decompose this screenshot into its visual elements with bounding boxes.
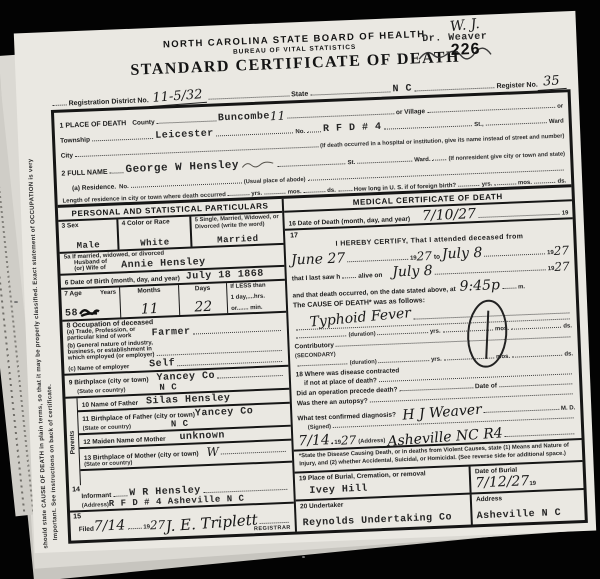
state-label: State (291, 91, 308, 99)
county-value: Buncombe (218, 111, 270, 124)
residence-no-label: No. (119, 184, 129, 190)
dotted-line (534, 182, 556, 184)
attended-from-year: 27 (416, 248, 432, 263)
informant-label: Informant (81, 492, 111, 500)
employer-label: (c) Name of employer (68, 364, 129, 372)
dotted-line (499, 384, 572, 388)
signature-date: 7/14. (298, 432, 335, 449)
date-of-label: Date of (475, 383, 497, 391)
less-than-day-cell: If LESS than 1 day,....hrs. or....... mi… (226, 281, 286, 313)
test-confirmed-label: What test confirmed diagnosis? (297, 411, 396, 422)
undertaker-cell: 20 Undertaker Reynolds Undertaking Co (296, 495, 471, 532)
certificate-number-stamp: 226 (450, 41, 480, 60)
m-label: m. (518, 284, 525, 290)
dotted-line (338, 190, 352, 192)
sex-value: Male (62, 240, 114, 252)
marital-cell: 5 Single, Married, Widowed, or Divorced … (190, 213, 284, 247)
dotted-line (296, 336, 346, 339)
state-value: N C (392, 84, 412, 96)
race-label: 4 Color or Race (122, 218, 187, 228)
dotted-line (193, 330, 281, 335)
undertaker-address-value: Asheville N C (476, 507, 580, 522)
last-saw-text: that I last saw h (292, 274, 341, 283)
marital-value: Married (195, 233, 280, 246)
where-contracted-label-2: if not at place of death? (304, 378, 377, 388)
county-label: County (132, 119, 155, 127)
dust-speck (14, 301, 18, 303)
marital-label: 5 Single, Married, Widowed, or Divorced … (195, 214, 280, 231)
circled-mark (461, 296, 514, 372)
dotted-line (478, 214, 560, 218)
dotted-line (228, 194, 250, 196)
mother-name-label: 12 Maiden Name of Mother (83, 436, 166, 446)
age-days-cell: Days 22 (178, 283, 228, 315)
dotted-line (113, 495, 127, 497)
less-label-1: If LESS than (230, 282, 282, 290)
yrs-label: yrs. (482, 181, 493, 187)
to-label: to (434, 253, 440, 260)
signed-label: (Signed) (308, 424, 331, 431)
race-cell: 4 Color or Race White (116, 217, 190, 250)
certificate-form: 1 PLACE OF DEATH County Buncombe 11 or V… (51, 89, 588, 544)
dotted-line (110, 172, 124, 174)
ward-label: Ward (549, 118, 564, 125)
printed-19: 19 (562, 210, 569, 216)
months-label: Months (123, 286, 175, 295)
date-of-death-label: 16 Date of Death (month, day, and year) (289, 216, 411, 228)
ds-label: ds. (557, 178, 566, 184)
age-label: 7 Age (64, 290, 82, 298)
undertaker-value: Reynolds Undertaking Co (302, 512, 466, 530)
filed-label: Filed (79, 526, 94, 534)
burial-date-cell: Date of Burial 7/12/27 19 (469, 462, 584, 493)
father-birthplace-sub: (State or country) (83, 424, 132, 432)
occupation-cell: 8 Occupation of deceased (a) Trade, Prof… (62, 313, 288, 376)
county-handwritten-mark: 11 (270, 109, 286, 124)
mother-birthplace-mark: W (206, 445, 219, 459)
duration-label: (duration) (350, 359, 377, 366)
sex-cell: 3 Sex Male (58, 220, 117, 252)
ink-scribble (78, 307, 100, 318)
handwritten-scribble (241, 159, 275, 170)
spouse-value: Annie Hensley (121, 257, 206, 271)
age-days-value: 22 (182, 298, 224, 316)
age-months-cell: Months 11 (119, 285, 179, 317)
date-of-death-value: 7/10/27 (422, 206, 477, 224)
days-label: Days (182, 284, 224, 293)
ds-label: ds. (327, 188, 336, 194)
dotted-line (209, 95, 289, 99)
ward2-label: Ward. (414, 157, 431, 164)
married-label-line3: (or) Wife of (74, 265, 107, 272)
mother-birthplace-sub: (State or country) (84, 460, 133, 468)
dotted-line (127, 528, 141, 530)
dotted-line (259, 522, 288, 524)
md-label: M. D. (561, 405, 576, 412)
certification-block: 17 I HEREBY CERTIFY, That I attended dec… (285, 219, 582, 450)
dotted-line (435, 270, 546, 275)
ds-label: ds. (563, 324, 572, 330)
ds-label: ds. (564, 351, 573, 357)
register-number-value: 35 (537, 73, 567, 91)
mos-label: mos. (288, 189, 302, 196)
sex-label: 3 Sex (61, 221, 113, 230)
dotted-line (347, 258, 408, 261)
dotted-line (264, 193, 286, 195)
birth-date-value: July 18 1868 (186, 269, 264, 283)
race-value: White (122, 237, 188, 250)
or-label: or (557, 104, 563, 110)
attended-from-date: June 27 (291, 250, 346, 268)
header-annotations: W. J. Dr. Weaver 226 (421, 12, 543, 63)
personal-statistics-column: PERSONAL AND STATISTICAL PARTICULARS 3 S… (58, 199, 297, 541)
autopsy-label: Was there an autopsy? (297, 398, 368, 408)
father-name-value: Silas Hensley (146, 393, 231, 407)
dotted-line (458, 185, 480, 187)
or-village-label: or Village (396, 108, 425, 116)
mos-label: mos. (518, 180, 532, 187)
mother-name-value: unknown (179, 430, 225, 443)
filed-year-value: 27 (150, 518, 166, 533)
informant-address-label: (Address) (82, 502, 109, 509)
undertaker-address-label: Address (476, 492, 580, 503)
street-number-value: R F D # 4 (323, 122, 382, 135)
attended-to-year: 27 (553, 243, 569, 258)
city-label: City (61, 152, 74, 159)
parents-label: Parents (69, 430, 77, 454)
dotted-line (177, 361, 282, 366)
burial-place-value: Ivey Hill (309, 480, 465, 497)
dotted-line (494, 183, 516, 185)
dotted-line (414, 87, 494, 91)
township-value: Leicester (155, 129, 214, 142)
dotted-line (304, 191, 326, 193)
father-name-label: 10 Name of Father (82, 400, 139, 409)
dotted-line (297, 363, 347, 366)
time-of-death: 9:45p (459, 277, 500, 295)
birthplace-sub-label: (State or country) (77, 387, 126, 395)
last-saw-year: 27 (554, 260, 570, 275)
signature-year: 27 (341, 433, 357, 448)
street-label: St., (474, 122, 484, 128)
father-birthplace-value: Yancey Co (195, 406, 254, 419)
yrs-label: yrs. (430, 329, 441, 335)
item-17-number: 17 (290, 232, 298, 239)
less-label-2: 1 day,....hrs. (231, 293, 283, 301)
dotted-line (310, 91, 390, 95)
age-years-cell: 7 Age Years 58 (61, 287, 120, 319)
attended-to-date: July 8 (442, 244, 483, 262)
registrar-label: REGISTRAR (254, 525, 291, 532)
years-label: Years (100, 290, 116, 297)
form-columns: PERSONAL AND STATISTICAL PARTICULARS 3 S… (58, 187, 585, 540)
less-label-3: or....... min. (231, 304, 283, 312)
parents-section: Parents 10 Name of Father Silas Hensley (65, 390, 292, 486)
alive-on-text: alive on (358, 272, 382, 280)
birthplace-state-value: N C (159, 382, 177, 393)
address-label: (Address) (358, 438, 385, 445)
dotted-line (484, 253, 545, 256)
dotted-line (483, 409, 559, 413)
father-birthplace-state: N C (171, 419, 189, 430)
duration-label: (duration) (348, 332, 375, 339)
printed-19: 19 (529, 481, 536, 487)
filed-number: 15 (73, 513, 81, 520)
secondary-label: (SECONDARY) (295, 352, 336, 360)
dotted-line (502, 288, 516, 290)
contributory-label: Contributory (294, 342, 334, 351)
age-months-value: 11 (124, 300, 176, 318)
dotted-line (505, 434, 575, 438)
parents-rows: 10 Name of Father Silas Hensley 11 Birth… (77, 390, 292, 485)
certificate-sheet: should state CAUSE OF DEATH in plain ter… (14, 11, 596, 553)
street-number-label: No. (295, 129, 305, 135)
township-label: Township (60, 137, 90, 145)
last-saw-date: July 8 (392, 263, 433, 281)
occupation-a-value: Farmer (151, 327, 190, 340)
stamp-area: 226 (423, 38, 544, 63)
dotted-line (342, 277, 356, 279)
dust-speck (302, 556, 305, 558)
filed-date-value: 7/14 (93, 517, 125, 534)
undertaker-address-cell: Address Asheville N C (470, 490, 585, 525)
dotted-line (378, 332, 428, 335)
dotted-line (53, 104, 67, 106)
employer-value: Self (149, 358, 175, 370)
medical-certificate-column: MEDICAL CERTIFICATE OF DEATH 16 Date of … (284, 187, 585, 531)
dotted-line (379, 360, 429, 363)
dotted-line (400, 388, 473, 392)
age-years-value: 58 (65, 308, 78, 320)
street2-label: St. (347, 160, 355, 166)
burial-date-value: 7/12/27 (475, 473, 530, 491)
yrs-label: yrs. (431, 356, 442, 362)
dotted-line (511, 327, 561, 330)
informant-number: 14 (72, 486, 80, 493)
register-number-label: Register No. (496, 82, 537, 91)
dotted-line (433, 159, 447, 161)
scanned-document-viewport: should state CAUSE OF DEATH in plain ter… (0, 0, 600, 579)
dotted-line (512, 354, 562, 357)
yrs-label: yrs. (251, 191, 262, 197)
dotted-line (307, 131, 321, 133)
